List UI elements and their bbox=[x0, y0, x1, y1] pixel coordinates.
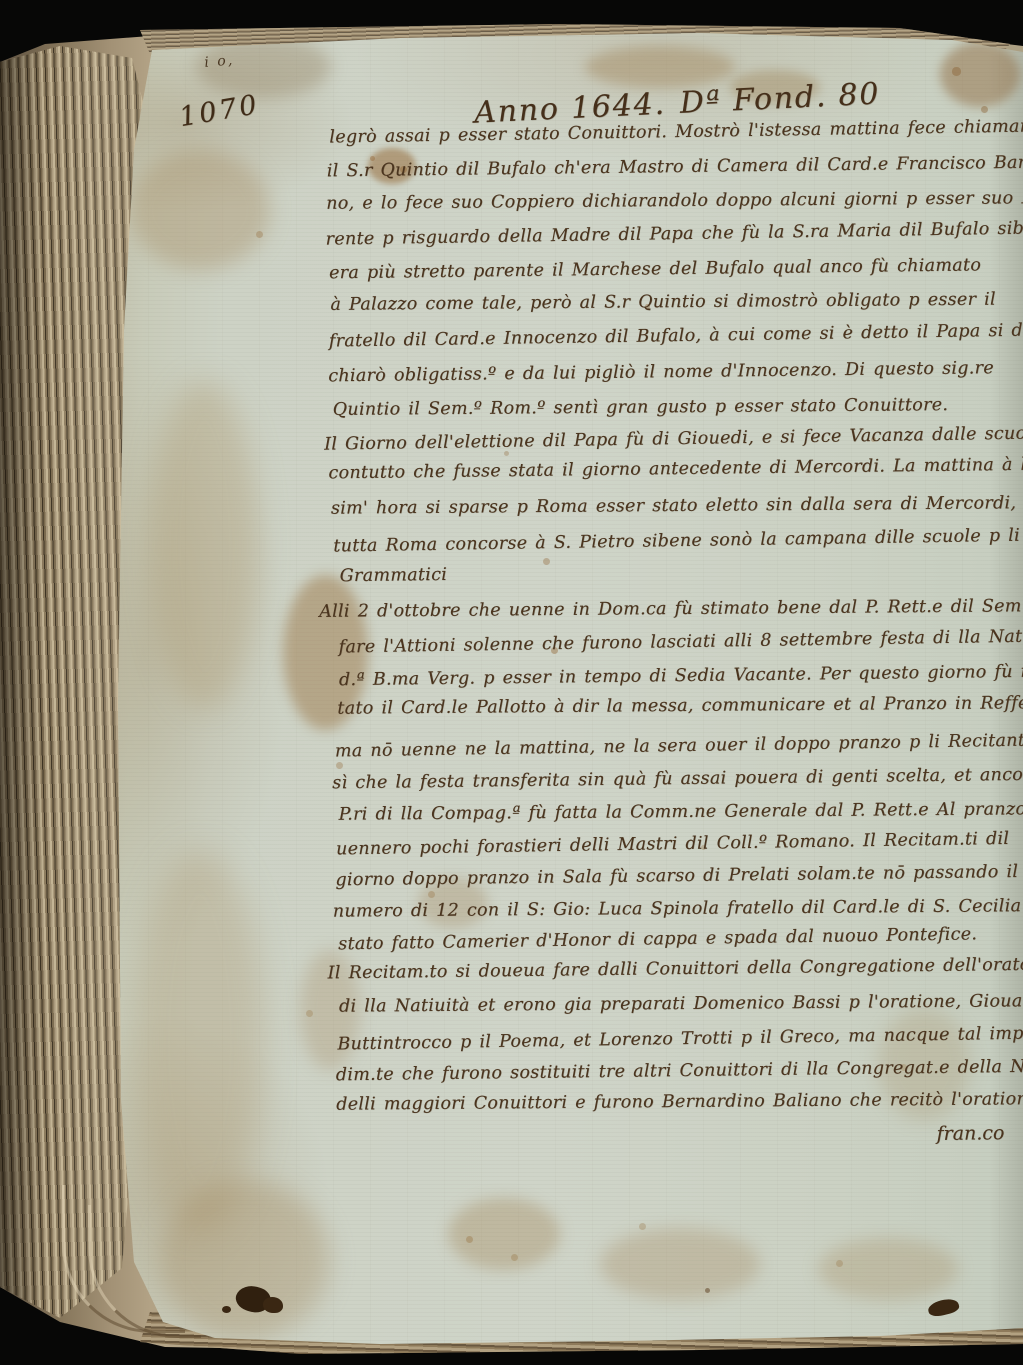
manuscript-line: giorno doppo pranzo in Sala fù scarso di… bbox=[335, 864, 1018, 890]
signature: fran.co bbox=[936, 1122, 1004, 1145]
writing-layer: i o, 1070 Anno 1644.Dª Fond. 80 legrò as… bbox=[0, 0, 1023, 1365]
manuscript-line: Il Giorno dell'elettione dil Papa fù di … bbox=[324, 425, 1023, 454]
manuscript-line: Alli 2 d'ottobre che uenne in Dom.ca fù … bbox=[319, 598, 1023, 621]
manuscript-line: sim' hora si sparse p Roma esser stato e… bbox=[331, 495, 1023, 518]
manuscript-line: no, e lo fece suo Coppiero dichiarandolo… bbox=[326, 190, 1023, 213]
manuscript-line: il S.r Quintio dil Bufalo ch'era Mastro … bbox=[327, 154, 1023, 180]
manuscript-line: Grammatici bbox=[340, 567, 448, 586]
manuscript-line: Buttintrocco p il Poema, et Lorenzo Trot… bbox=[337, 1026, 1023, 1054]
manuscript-scan: i o, 1070 Anno 1644.Dª Fond. 80 legrò as… bbox=[0, 0, 1023, 1365]
manuscript-line: stato fatto Camerier d'Honor di cappa e … bbox=[338, 926, 977, 954]
manuscript-line: rente p risguardo della Madre dil Papa c… bbox=[325, 220, 1023, 249]
manuscript-line: dim.te che furono sostituiti tre altri C… bbox=[336, 1058, 1023, 1085]
manuscript-line: sì che la festa transferita sin quà fù a… bbox=[332, 767, 1023, 793]
manuscript-line: uennero pochi forastieri delli Mastri di… bbox=[336, 831, 1009, 859]
manuscript-line: P.ri di lla Compag.ª fù fatta la Comm.ne… bbox=[339, 801, 1023, 824]
manuscript-line: d.ª B.ma Verg. p esser in tempo di Sedia… bbox=[339, 663, 1023, 689]
manuscript-line: tato il Card.le Pallotto à dir la messa,… bbox=[337, 695, 1023, 718]
manuscript-line: chiarò obligatiss.º e da lui pigliò il n… bbox=[328, 360, 994, 386]
corner-inscription: i o, bbox=[204, 52, 235, 70]
manuscript-line: contutto che fusse stata il giorno antec… bbox=[328, 456, 1023, 483]
manuscript-line: era più stretto parente il Marchese del … bbox=[329, 257, 981, 282]
rust-specks bbox=[0, 0, 3, 3]
manuscript-line: Il Recitam.to si doueua fare dalli Conui… bbox=[327, 956, 1023, 982]
manuscript-line: ma nō uenne ne la mattina, ne la sera ou… bbox=[335, 733, 1023, 761]
manuscript-line: à Palazzo come tale, però al S.r Quintio… bbox=[330, 292, 996, 315]
heading-fond: Dª Fond. 80 bbox=[679, 76, 881, 120]
manuscript-line: tutta Roma concorse à S. Pietro sibene s… bbox=[333, 528, 1020, 556]
manuscript-line: di lla Natiuità et erono gia preparati D… bbox=[339, 993, 1023, 1016]
text-block: i o, 1070 Anno 1644.Dª Fond. 80 legrò as… bbox=[0, 0, 1023, 1365]
manuscript-line: delli maggiori Conuittori e furono Berna… bbox=[336, 1091, 1023, 1114]
manuscript-line: legrò assai p esser stato Conuittori. Mo… bbox=[329, 118, 1023, 147]
manuscript-line: Quintio il Sem.º Rom.º sentì gran gusto … bbox=[333, 397, 949, 419]
folio-number: 1070 bbox=[177, 89, 262, 133]
manuscript-line: fare l'Attioni solenne che furono lascia… bbox=[338, 628, 1023, 657]
manuscript-line: numero di 12 con il S: Gio: Luca Spinola… bbox=[333, 898, 1023, 922]
manuscript-line: fratello dil Card.e Innocenzo dil Bufalo… bbox=[329, 323, 1023, 351]
